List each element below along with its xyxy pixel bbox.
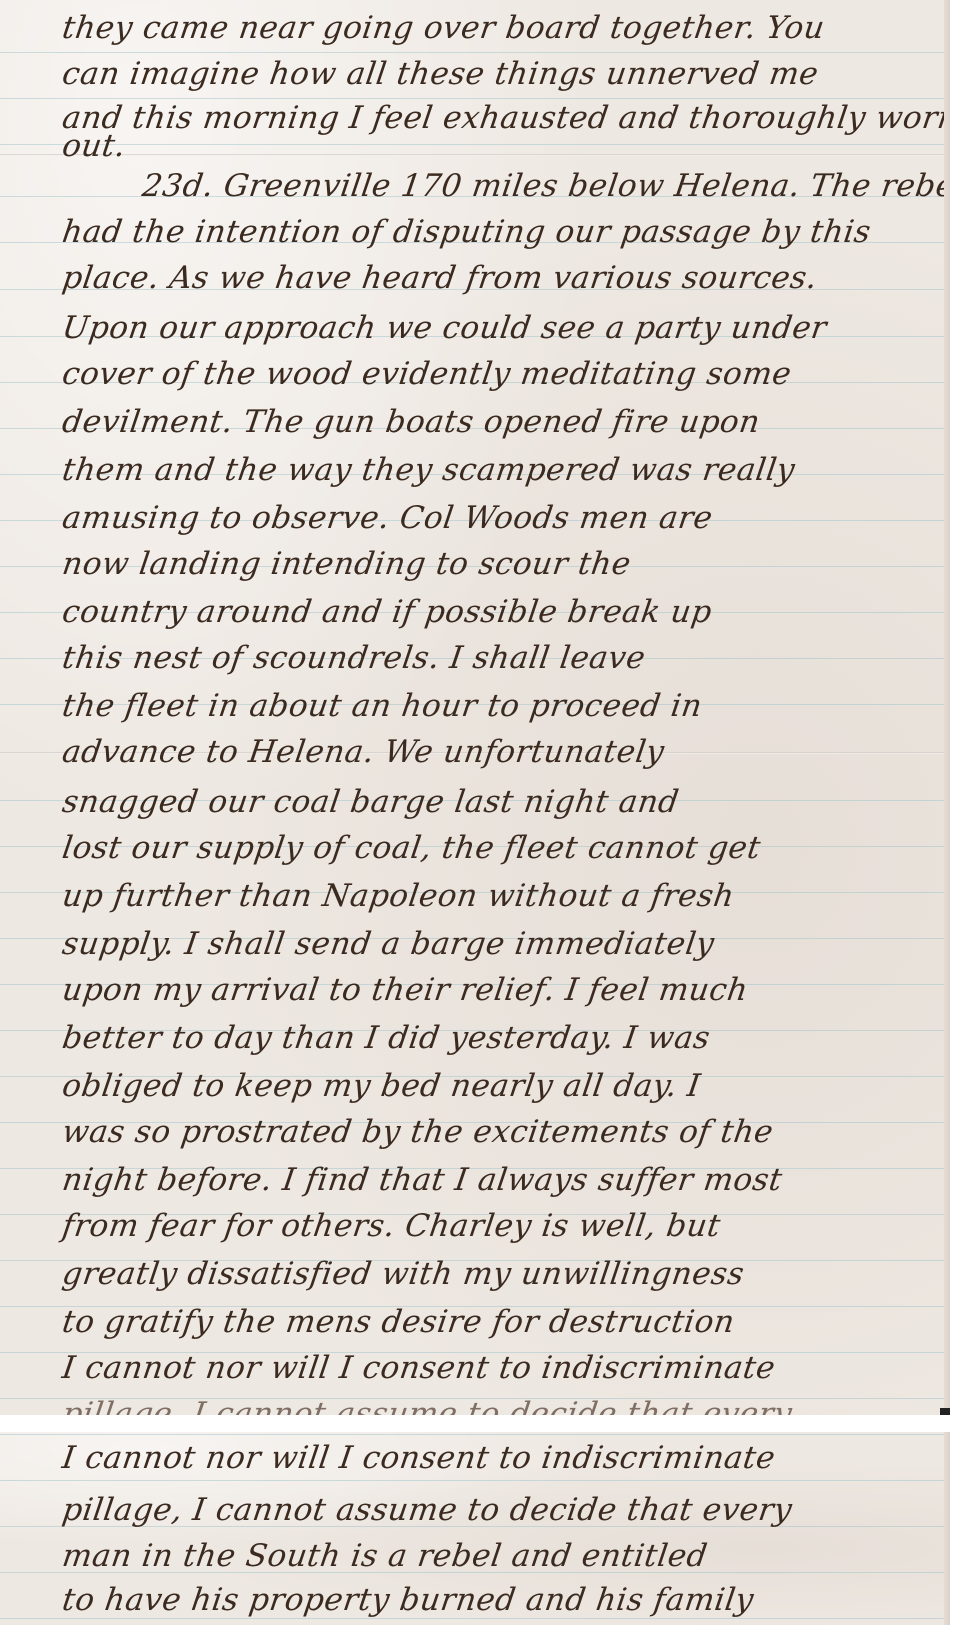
handwritten-line: to have his property burned and his fami… [60, 1582, 905, 1618]
handwritten-line: Upon our approach we could see a party u… [60, 310, 905, 346]
fragment-separator [0, 1415, 960, 1432]
handwritten-line-cut-off: pillage, I cannot assume to decide that … [60, 1396, 905, 1415]
handwritten-line: out. [60, 128, 905, 164]
handwritten-line: night before. I find that I always suffe… [60, 1162, 905, 1198]
handwritten-line: now landing intending to scour the [60, 546, 905, 582]
handwritten-line: up further than Napoleon without a fresh [60, 878, 905, 914]
paper-edge [944, 0, 950, 1415]
scan-edge-mark [940, 1408, 950, 1415]
handwritten-line: they came near going over board together… [60, 10, 905, 46]
letter-page-continuation: I cannot nor will I consent to indiscrim… [0, 1432, 950, 1625]
handwritten-line: can imagine how all these things unnerve… [60, 56, 905, 92]
handwritten-line: upon my arrival to their relief. I feel … [60, 972, 905, 1008]
letter-page-main: they came near going over board together… [0, 0, 950, 1415]
handwritten-line: this nest of scoundrels. I shall leave [60, 640, 905, 676]
handwritten-line: cover of the wood evidently meditating s… [60, 356, 905, 392]
rule-line [0, 52, 950, 53]
handwritten-line: had the intention of disputing our passa… [60, 214, 905, 250]
rule-line [0, 1480, 950, 1481]
handwritten-line: better to day than I did yesterday. I wa… [60, 1020, 905, 1056]
handwritten-line: advance to Helena. We unfortunately [60, 734, 905, 770]
handwritten-line: devilment. The gun boats opened fire upo… [60, 404, 905, 440]
handwritten-line: man in the South is a rebel and entitled [60, 1538, 905, 1574]
handwritten-line: place. As we have heard from various sou… [60, 260, 905, 296]
handwritten-line: snagged our coal barge last night and [60, 784, 905, 820]
rule-line [0, 1434, 950, 1435]
handwritten-line: I cannot nor will I consent to indiscrim… [60, 1440, 905, 1476]
handwritten-line: obliged to keep my bed nearly all day. I [60, 1068, 905, 1104]
handwritten-line: supply. I shall send a barge immediately [60, 926, 905, 962]
paper-edge [944, 1432, 950, 1625]
rule-line [0, 1618, 950, 1619]
handwritten-line: country around and if possible break up [60, 594, 905, 630]
handwritten-line: lost our supply of coal, the fleet canno… [60, 830, 905, 866]
handwritten-line: from fear for others. Charley is well, b… [60, 1208, 905, 1244]
handwritten-line: pillage, I cannot assume to decide that … [60, 1492, 905, 1528]
handwritten-line: to gratify the mens desire for destructi… [60, 1304, 905, 1340]
entry-date-line: 23d. Greenville 170 miles below Helena. … [140, 168, 905, 204]
handwritten-line: amusing to observe. Col Woods men are [60, 500, 905, 536]
handwritten-line: them and the way they scampered was real… [60, 452, 905, 488]
rule-line [0, 98, 950, 99]
handwritten-line: I cannot nor will I consent to indiscrim… [60, 1350, 905, 1386]
handwritten-line: greatly dissatisfied with my unwillingne… [60, 1256, 905, 1292]
handwritten-line: was so prostrated by the excitements of … [60, 1114, 905, 1150]
handwritten-line: the fleet in about an hour to proceed in [60, 688, 905, 724]
